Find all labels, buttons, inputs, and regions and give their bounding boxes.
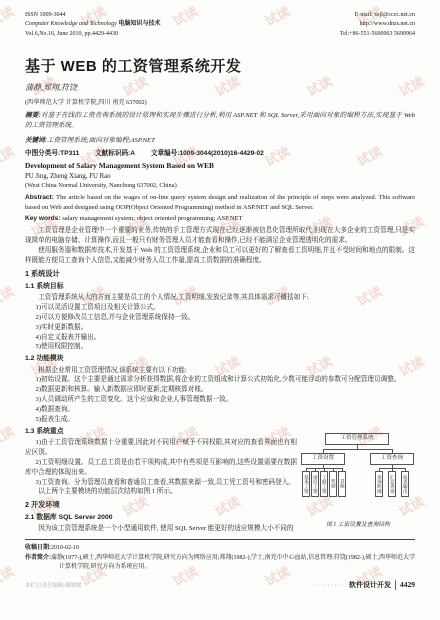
article-id-value: 1009-3044(2010)16-4429-02 <box>179 150 263 157</box>
keywords-en-text: salary management system; object oriente… <box>62 215 242 222</box>
keywords-cn: 关键词:工资管理系统;面向对象编程;ASP.NET <box>25 134 415 144</box>
column-editor: 本栏目责任编辑:谢媛媛 <box>25 581 82 589</box>
figure-leaf-node: 奖励 <box>329 471 337 497</box>
clc-value: TP311 <box>60 150 79 157</box>
figure-leaf-node: 基本工资 <box>302 471 310 497</box>
section-1-heading: 1 系统设计 <box>25 269 415 280</box>
received-date-label: 收稿日期: <box>25 545 51 551</box>
list-item: 3)实时更新数据。 <box>25 323 415 333</box>
paper-title-en: Development of Salary Management System … <box>25 161 415 170</box>
two-column-zone: 1.3 系统重点 1)由于工资管理系统数据十分重要,因此对不同用户赋予不同权限,… <box>25 425 433 534</box>
clc-label: 中图分类号: <box>25 150 60 157</box>
keywords-en: Key words: salary management system; obj… <box>25 215 415 222</box>
journal-name-cn: 电脑知识与技术 <box>118 21 160 27</box>
list-item: 3)工资查询。分为管理员查看和普通员工查看,其数据来源一致,员工凭工资号和密码登… <box>25 478 297 488</box>
intro-paragraph-1: 工资管理是企业管理中一个重要的业务,传统的手工管理方式现在已经逐渐被信息化管理所… <box>25 226 415 246</box>
received-date-line: 收稿日期:2010-02-10 <box>25 544 415 554</box>
journal-info-left: ISSN 1009-3044 Computer Knowledge and Te… <box>25 11 160 39</box>
journal-tel: Tel:+86-551-5690963 5690964 <box>340 30 415 39</box>
list-item: 2)数据更新和核算。输入新数据应即时更新,定期核算对账。 <box>25 385 415 395</box>
figure-leaf-node: 其他 <box>338 471 346 497</box>
list-item: 5)报表生成。 <box>25 415 415 425</box>
column-name: 软件设计开发 <box>349 580 396 590</box>
figure-leaf-node: 报表输出 <box>401 471 409 497</box>
leader-dots: ········· <box>314 583 345 589</box>
section-2-heading: 2 开发环境 <box>25 500 297 511</box>
doc-code-label: 文献标识码: <box>95 150 130 157</box>
author-bio-line: 作者简介:蒲静(1977-),硕士,西华师范大学计算机学院,研究方向为网络应用;… <box>25 554 415 573</box>
section-1-3-heading: 1.3 系统重点 <box>25 427 297 437</box>
keywords-cn-label: 关键词: <box>25 137 47 144</box>
left-text-column: 1.3 系统重点 1)由于工资管理系统数据十分重要,因此对不同用户赋予不同权限,… <box>25 425 297 534</box>
list-item: 2)可以方便修改员工信息,并与企业管理系统保持一致。 <box>25 313 415 323</box>
figure-branch-right: 工资查询 <box>370 453 414 465</box>
keywords-en-label: Key words: <box>25 215 61 222</box>
figure-branch-left: 工资设置 <box>301 453 345 465</box>
list-item: 1)由于工资管理系统数据十分重要,因此对不同用户赋予不同权限,其对应的查看界面也… <box>25 438 297 458</box>
journal-name-en: Computer Knowledge and Technology <box>25 21 117 27</box>
abstract-en-text: The article based on the wages of on-lin… <box>25 194 415 211</box>
connector-line <box>323 449 393 450</box>
paper-title-cn: 基于 WEB 的工资管理系统开发 <box>25 55 415 76</box>
journal-name: Computer Knowledge and Technology 电脑知识与技… <box>25 20 160 29</box>
authors-cn: 蒲静,郑翔,符饶 <box>25 82 415 93</box>
clc-line: 中图分类号:TP311 文献标识码:A 文章编号:1009-3044(2010)… <box>25 147 415 157</box>
journal-url: http://www.dnzs.net.cn <box>340 20 415 29</box>
footer-right: ········· 软件设计开发 4429 <box>314 580 415 590</box>
received-date-value: 2010-02-10 <box>51 545 79 551</box>
figure-root-node: 工资管理系统 <box>325 433 389 445</box>
footnote-block: 收稿日期:2010-02-10 作者简介:蒲静(1977-),硕士,西华师范大学… <box>25 539 415 573</box>
volume-info: Vol.6,No.16, June 2010, pp.4429-4430 <box>25 30 160 39</box>
abstract-en-label: Abstract: <box>25 194 54 201</box>
section-2-1-heading: 2.1 数据库 SQL Server 2000 <box>25 513 297 523</box>
list-item: 1)可以灵活设置工资项目及相关计算公式。 <box>25 303 415 313</box>
affiliation-cn: (西华师范大学 计算机学院,四川 南充 637002) <box>25 97 415 106</box>
figure-leaf-node: 汇总查询 <box>388 471 396 497</box>
page-number: 4429 <box>400 580 415 589</box>
issn: ISSN 1009-3044 <box>25 11 160 20</box>
figure-column: 工资管理系统 工资设置 工资查询 基本工资 <box>297 425 415 534</box>
section-1-1-heading: 1.1 系统目标 <box>25 282 415 292</box>
authors-en: PU Jing, Zheng Xiang, FU Rao <box>25 173 415 180</box>
abstract-cn-label: 摘要: <box>25 112 41 119</box>
page-footer: 本栏目责任编辑:谢媛媛 ········· 软件设计开发 4429 <box>25 580 415 590</box>
figure-leaf-node: 岗位工资 <box>311 471 319 497</box>
doc-code-value: A <box>130 150 135 157</box>
section-1-3-tail: 以上两个主要模块的功能层次结构如图 1 所示。 <box>25 487 297 497</box>
abstract-cn: 摘要:对基于在线的工资查询系统的设计原理和实现步骤进行分析,利用 ASP.NET… <box>25 111 415 132</box>
intro-paragraph-2: 使用服务器和数据库技术,开发基于 Web 的工资管理系统,企业和员工可以更好的了… <box>25 246 415 266</box>
article-id-label: 文章编号: <box>151 150 180 157</box>
section-1-1-intro: 工资管理系统从大的方面主要是员工的个人情况,工资明细,发放记录等,其具体需求可概… <box>25 293 415 303</box>
journal-email: E-mail: xsjl@cccc.net.cn <box>340 11 415 20</box>
figure-leaf-node: 查询明细 <box>375 471 383 497</box>
section-2-1-paragraph: 因为该工资管理系统是一个小型通用软件, 使用 SQL Server 能更好的适应… <box>25 524 297 534</box>
journal-header: ISSN 1009-3044 Computer Knowledge and Te… <box>25 11 415 39</box>
article-body: 工资管理是企业管理中一个重要的业务,传统的手工管理方式现在已经逐渐被信息化管理所… <box>25 226 415 534</box>
author-bio-text: 蒲静(1977-),硕士,西华师范大学计算机学院,研究方向为网络应用;郑翔(19… <box>51 555 415 571</box>
section-1-2-heading: 1.2 功能模块 <box>25 354 415 364</box>
abstract-en: Abstract: The article based on the wages… <box>25 193 415 213</box>
list-item: 2)工资明细设置。员工总工资是由若干项构成,其中有些项是互影响的,这些设置需要在… <box>25 458 297 478</box>
list-item: 5)使用权限控制。 <box>25 342 415 352</box>
list-item: 4)数据查询。 <box>25 405 415 415</box>
list-item: 1)初始设置。这个主要是通过需求分析获得数据,将企业的工资组成和计算公式初始化,… <box>25 375 415 385</box>
journal-page: 试读试读试读试读试读试读试读试读试读试读试读试读试读试读试读试读试读试读试读试读… <box>0 0 440 620</box>
keywords-cn-text: 工资管理系统;面向对象编程;ASP.NET <box>47 137 155 144</box>
figure-leaf-node: 工龄工资 <box>320 471 328 497</box>
figure-1-org-chart: 工资管理系统 工资设置 工资查询 基本工资 <box>301 433 415 519</box>
author-bio-label: 作者简介: <box>25 555 51 561</box>
journal-info-right: E-mail: xsjl@cccc.net.cn http://www.dnzs… <box>340 11 415 39</box>
abstract-cn-text: 对基于在线的工资查询系统的设计原理和实现步骤进行分析,利用 ASP.NET 和 … <box>25 112 415 130</box>
section-1-2-intro: 根据企业常用工资管理情况,该系统主要有以下功能: <box>25 366 415 376</box>
list-item: 4)自定义报表并输出。 <box>25 333 415 343</box>
affiliation-en: (West China Normal University, Nanchong … <box>25 182 415 189</box>
list-item: 3)人员调动所产生的工资变化。这个应该和企业人事管理数据一致。 <box>25 395 415 405</box>
page-content: ISSN 1009-3044 Computer Knowledge and Te… <box>0 0 440 590</box>
figure-1-caption: 图 1 工资设置及查询结构 <box>301 521 415 530</box>
